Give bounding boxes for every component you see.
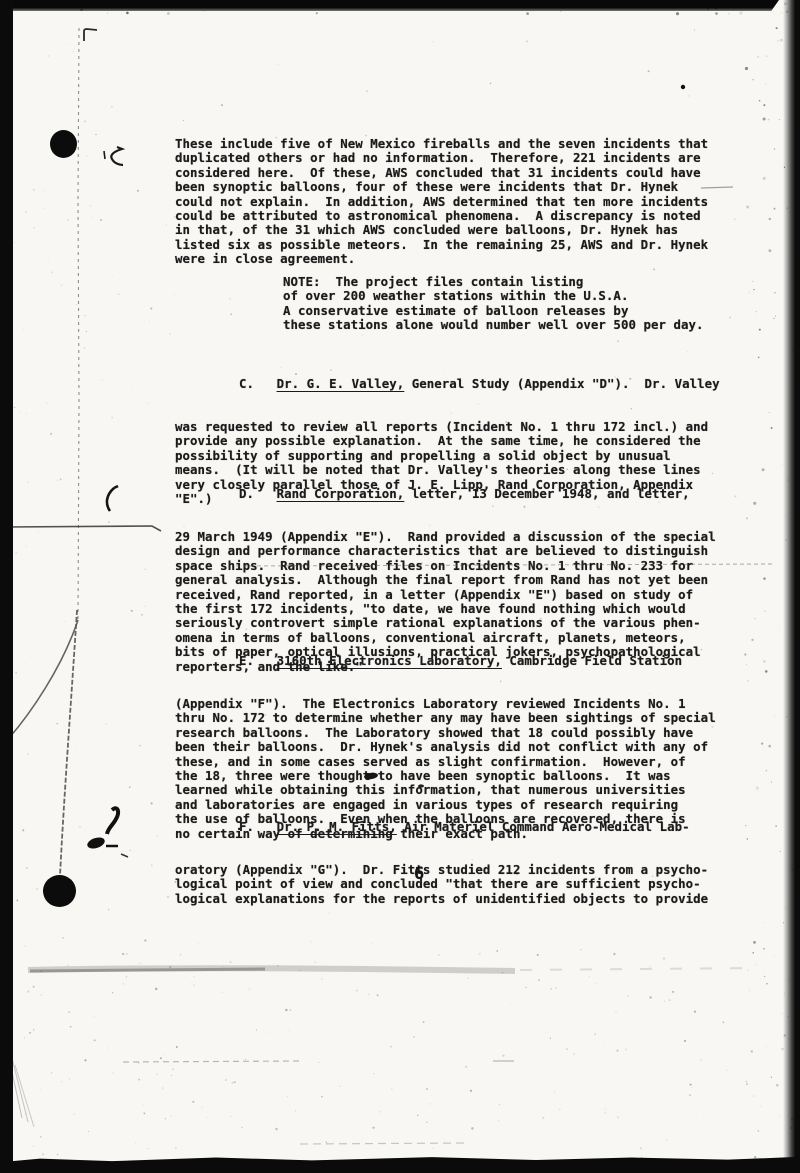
noise-speckle bbox=[145, 606, 146, 607]
noise-speckle bbox=[245, 1059, 246, 1060]
noise-speckle bbox=[231, 1116, 232, 1117]
noise-speckle bbox=[560, 1023, 561, 1024]
noise-speckle bbox=[169, 333, 170, 334]
noise-speckle bbox=[666, 1140, 667, 1141]
note-block: NOTE: The project files contain listing … bbox=[283, 275, 763, 333]
noise-speckle bbox=[372, 1127, 374, 1129]
noise-speckle bbox=[95, 134, 96, 135]
noise-speckle bbox=[321, 979, 322, 980]
noise-speckle bbox=[23, 329, 24, 330]
noise-speckle bbox=[723, 1021, 725, 1023]
noise-speckle bbox=[230, 961, 232, 963]
noise-speckle bbox=[149, 321, 150, 322]
handwritten-paren-mark bbox=[107, 486, 118, 511]
noise-speckle bbox=[86, 156, 87, 157]
noise-speckle bbox=[144, 939, 146, 941]
paragraph-d-first-rest: letter, 13 December 1948, and letter, bbox=[404, 486, 689, 501]
noise-speckle bbox=[753, 502, 756, 505]
noise-speckle bbox=[14, 407, 15, 408]
noise-speckle bbox=[494, 1085, 495, 1086]
noise-speckle bbox=[175, 1147, 176, 1148]
noise-speckle bbox=[24, 945, 26, 947]
noise-speckle bbox=[603, 1085, 604, 1086]
ink-blob-scribble bbox=[86, 835, 106, 850]
noise-speckle bbox=[372, 943, 374, 945]
noise-speckle bbox=[94, 1039, 96, 1041]
noise-speckle bbox=[779, 119, 780, 120]
noise-speckle bbox=[549, 1009, 550, 1010]
noise-speckle bbox=[627, 995, 628, 996]
noise-speckle bbox=[688, 95, 690, 97]
paragraph-e-title: 3160th Electronics Laboratory, bbox=[277, 653, 502, 668]
noise-speckle bbox=[773, 318, 775, 320]
noise-speckle bbox=[775, 825, 776, 826]
noise-speckle bbox=[161, 976, 162, 977]
noise-speckle bbox=[275, 1128, 278, 1131]
noise-speckle bbox=[106, 723, 107, 724]
paragraph-c-first-rest: General Study (Appendix "D"). Dr. Valley bbox=[404, 376, 719, 391]
noise-speckle bbox=[61, 285, 62, 286]
noise-speckle bbox=[151, 865, 153, 867]
scan-edge-top bbox=[0, 0, 779, 11]
noise-speckle bbox=[79, 245, 80, 246]
noise-speckle bbox=[106, 1018, 107, 1019]
noise-speckle bbox=[379, 1110, 381, 1112]
noise-speckle bbox=[225, 1079, 227, 1081]
noise-speckle bbox=[766, 1046, 767, 1047]
hole-punch-bottom bbox=[43, 875, 76, 907]
noise-speckle bbox=[728, 13, 730, 15]
noise-speckle bbox=[779, 851, 780, 852]
noise-speckle bbox=[202, 1107, 203, 1108]
noise-speckle bbox=[111, 417, 112, 418]
smudge-band-core bbox=[30, 969, 265, 971]
noise-speckle bbox=[727, 1070, 728, 1071]
noise-speckle bbox=[690, 1084, 692, 1086]
noise-speckle bbox=[494, 1157, 495, 1158]
paragraph-f-first-line: F. Dr. P. M. Fitts, Air Materiel Command… bbox=[175, 820, 735, 834]
noise-speckle bbox=[746, 664, 747, 665]
paragraph-d-title: Rand Corporation, bbox=[277, 486, 405, 501]
noise-speckle bbox=[753, 941, 756, 944]
noise-speckle bbox=[221, 104, 223, 106]
noise-speckle bbox=[277, 64, 279, 66]
noise-speckle bbox=[185, 976, 186, 977]
noise-speckle bbox=[232, 1082, 234, 1084]
noise-speckle bbox=[27, 990, 29, 992]
paragraph-e-first-rest: Cambridge Field Station bbox=[502, 653, 682, 668]
noise-speckle bbox=[43, 208, 44, 209]
noise-speckle bbox=[502, 1055, 504, 1057]
noise-speckle bbox=[429, 1103, 431, 1105]
noise-speckle bbox=[222, 992, 223, 993]
paragraph-c-first-line: C. Dr. G. E. Valley, General Study (Appe… bbox=[175, 377, 735, 391]
noise-speckle bbox=[774, 292, 776, 294]
noise-speckle bbox=[443, 1120, 444, 1121]
noise-speckle bbox=[746, 517, 748, 519]
paragraph-e-letter: E. bbox=[239, 653, 277, 668]
noise-speckle bbox=[135, 1143, 136, 1144]
noise-speckle bbox=[694, 29, 695, 30]
noise-speckle bbox=[768, 249, 771, 252]
noise-speckle bbox=[290, 1009, 291, 1010]
noise-speckle bbox=[377, 994, 379, 996]
noise-speckle bbox=[16, 899, 18, 901]
noise-speckle bbox=[763, 577, 766, 580]
smudge-band bbox=[28, 968, 515, 971]
noise-speckle bbox=[694, 1010, 696, 1012]
noise-speckle bbox=[40, 970, 42, 972]
noise-speckle bbox=[69, 43, 70, 44]
noise-speckle bbox=[318, 1062, 319, 1063]
ink-dot bbox=[681, 85, 685, 89]
noise-speckle bbox=[22, 829, 24, 831]
noise-speckle bbox=[751, 1050, 753, 1052]
noise-speckle bbox=[277, 965, 278, 966]
noise-speckle bbox=[759, 1105, 761, 1107]
noise-speckle bbox=[230, 313, 232, 315]
noise-speckle bbox=[653, 268, 655, 270]
noise-speckle bbox=[776, 27, 778, 29]
noise-speckle bbox=[684, 1040, 686, 1042]
noise-speckle bbox=[156, 1074, 158, 1076]
noise-speckle bbox=[36, 888, 38, 890]
noise-speckle bbox=[752, 952, 753, 953]
noise-speckle bbox=[171, 1075, 172, 1076]
noise-speckle bbox=[758, 1130, 760, 1132]
noise-speckle bbox=[762, 468, 765, 471]
noise-speckle bbox=[108, 1047, 109, 1048]
noise-speckle bbox=[566, 1048, 567, 1049]
noise-speckle bbox=[373, 1073, 374, 1074]
noise-speckle bbox=[617, 340, 619, 342]
noise-speckle bbox=[617, 1116, 619, 1118]
noise-speckle bbox=[613, 953, 615, 955]
noise-speckle bbox=[25, 212, 26, 213]
noise-speckle bbox=[768, 745, 771, 748]
noise-speckle bbox=[479, 953, 481, 955]
noise-speckle bbox=[417, 1115, 418, 1116]
hole-punch-top bbox=[50, 130, 77, 158]
noise-speckle bbox=[663, 957, 665, 959]
noise-speckle bbox=[423, 1021, 425, 1023]
noise-speckle bbox=[40, 1136, 41, 1137]
noise-speckle bbox=[33, 189, 35, 191]
noise-speckle bbox=[14, 242, 15, 243]
noise-speckle bbox=[761, 742, 763, 744]
noise-speckle bbox=[746, 206, 749, 209]
noise-speckle bbox=[432, 1148, 433, 1149]
noise-speckle bbox=[766, 770, 767, 771]
noise-speckle bbox=[57, 723, 58, 724]
noise-speckle bbox=[40, 1089, 41, 1090]
noise-speckle bbox=[604, 1108, 605, 1109]
paragraph-c-letter: C. bbox=[239, 376, 277, 391]
noise-speckle bbox=[50, 311, 51, 312]
noise-speckle bbox=[68, 1011, 70, 1013]
noise-speckle bbox=[139, 963, 140, 964]
paragraph-f-letter: F. bbox=[239, 819, 277, 834]
noise-speckle bbox=[65, 621, 66, 622]
noise-speckle bbox=[15, 552, 17, 554]
noise-speckle bbox=[79, 826, 81, 828]
noise-speckle bbox=[498, 1120, 499, 1121]
paragraph-c-title: Dr. G. E. Valley, bbox=[277, 376, 405, 391]
noise-speckle bbox=[625, 1049, 627, 1051]
noise-speckle bbox=[692, 1087, 693, 1088]
noise-speckle bbox=[689, 1094, 690, 1095]
noise-speckle bbox=[94, 486, 95, 487]
noise-speckle bbox=[559, 1109, 560, 1110]
noise-speckle bbox=[148, 403, 149, 404]
noise-speckle bbox=[112, 276, 113, 277]
noise-speckle bbox=[758, 357, 760, 359]
noise-speckle bbox=[90, 217, 92, 219]
noise-speckle bbox=[256, 1029, 257, 1030]
noise-speckle bbox=[649, 965, 651, 967]
noise-speckle bbox=[193, 984, 195, 986]
noise-speckle bbox=[51, 1072, 53, 1074]
noise-speckle bbox=[57, 738, 58, 739]
smudge-band-tail bbox=[520, 968, 760, 970]
noise-speckle bbox=[649, 996, 651, 998]
noise-speckle bbox=[266, 1032, 267, 1033]
noise-speckle bbox=[390, 1046, 392, 1048]
noise-speckle bbox=[739, 11, 742, 14]
noise-speckle bbox=[144, 568, 146, 570]
noise-speckle bbox=[118, 293, 120, 295]
noise-speckle bbox=[142, 1105, 143, 1106]
noise-speckle bbox=[555, 987, 557, 989]
paragraph-intro: These include five of New Mexico firebal… bbox=[175, 137, 735, 267]
noise-speckle bbox=[510, 1003, 511, 1004]
noise-speckle bbox=[60, 478, 62, 480]
noise-speckle bbox=[84, 347, 85, 348]
scan-edge-left bbox=[0, 0, 13, 1173]
noise-speckle bbox=[765, 670, 768, 673]
noise-speckle bbox=[763, 177, 766, 180]
faint-line-1 bbox=[123, 1061, 300, 1062]
noise-speckle bbox=[28, 482, 29, 483]
noise-speckle bbox=[769, 218, 771, 220]
noise-speckle bbox=[108, 909, 109, 910]
noise-speckle bbox=[542, 1117, 544, 1119]
noise-speckle bbox=[356, 989, 358, 991]
scan-edge-right bbox=[783, 0, 800, 1162]
noise-speckle bbox=[747, 838, 749, 840]
noise-speckle bbox=[465, 1066, 467, 1068]
noise-speckle bbox=[25, 1113, 27, 1115]
noise-speckle bbox=[84, 315, 85, 316]
noise-speckle bbox=[757, 790, 758, 791]
noise-speckle bbox=[137, 190, 139, 192]
noise-speckle bbox=[538, 979, 540, 981]
noise-speckle bbox=[76, 747, 77, 748]
noise-speckle bbox=[126, 953, 128, 955]
noise-speckle bbox=[77, 534, 78, 535]
noise-speckle bbox=[752, 79, 753, 80]
noise-speckle bbox=[746, 1083, 748, 1085]
noise-speckle bbox=[192, 1101, 194, 1103]
noise-speckle bbox=[156, 835, 158, 837]
noise-speckle bbox=[48, 261, 49, 262]
paragraph-d-letter: D. bbox=[239, 486, 277, 501]
noise-speckle bbox=[105, 1022, 106, 1023]
noise-speckle bbox=[84, 1059, 86, 1061]
noise-speckle bbox=[526, 12, 529, 15]
noise-speckle bbox=[765, 83, 766, 84]
noise-speckle bbox=[769, 412, 770, 413]
noise-speckle bbox=[126, 976, 128, 978]
noise-speckle bbox=[102, 380, 103, 381]
noise-speckle bbox=[26, 546, 27, 547]
noise-speckle bbox=[466, 1088, 467, 1089]
noise-speckle bbox=[74, 1114, 75, 1115]
noise-speckle bbox=[81, 475, 82, 476]
noise-speckle bbox=[315, 962, 316, 963]
noise-speckle bbox=[550, 1038, 551, 1039]
noise-speckle bbox=[94, 1016, 95, 1017]
noise-speckle bbox=[340, 1086, 342, 1088]
noise-speckle bbox=[229, 298, 231, 300]
noise-speckle bbox=[50, 433, 52, 435]
noise-speckle bbox=[777, 40, 779, 42]
noise-speckle bbox=[771, 1077, 772, 1078]
noise-speckle bbox=[172, 1068, 174, 1070]
noise-speckle bbox=[20, 412, 21, 413]
noise-speckle bbox=[33, 986, 35, 988]
noise-speckle bbox=[180, 954, 182, 956]
noise-speckle bbox=[86, 331, 87, 332]
crease-to-punch bbox=[60, 610, 77, 876]
noise-speckle bbox=[696, 1117, 697, 1118]
noise-speckle bbox=[18, 877, 19, 878]
noise-speckle bbox=[61, 1081, 62, 1082]
handwritten-check-mark bbox=[111, 147, 123, 165]
noise-speckle bbox=[38, 532, 39, 533]
paragraph-f-first-rest: Air Materiel Command Aero-Medical Lab- bbox=[397, 819, 690, 834]
noise-speckle bbox=[764, 976, 765, 977]
noise-speckle bbox=[426, 1088, 428, 1090]
noise-speckle bbox=[774, 716, 775, 717]
scan-edge-bottom bbox=[0, 1155, 800, 1173]
noise-speckle bbox=[766, 983, 768, 985]
paragraph-d-first-line: D. Rand Corporation, letter, 13 December… bbox=[175, 487, 735, 501]
noise-speckle bbox=[759, 100, 761, 102]
noise-speckle bbox=[310, 941, 312, 943]
noise-speckle bbox=[755, 618, 756, 619]
noise-speckle bbox=[766, 55, 768, 57]
noise-speckle bbox=[41, 995, 42, 996]
noise-speckle bbox=[160, 1057, 162, 1059]
noise-speckle bbox=[193, 976, 194, 977]
noise-speckle bbox=[44, 190, 46, 192]
noise-speckle bbox=[715, 12, 718, 15]
noise-speckle bbox=[33, 1145, 34, 1146]
noise-speckle bbox=[249, 988, 251, 990]
paragraph-f: F. Dr. P. M. Fitts, Air Materiel Command… bbox=[175, 791, 735, 935]
noise-speckle bbox=[112, 992, 114, 994]
noise-speckle bbox=[148, 1148, 149, 1149]
noise-speckle bbox=[68, 965, 69, 966]
noise-speckle bbox=[107, 13, 108, 14]
noise-speckle bbox=[756, 786, 759, 789]
noise-speckle bbox=[169, 966, 171, 968]
noise-speckle bbox=[757, 56, 759, 58]
noise-speckle bbox=[100, 219, 102, 221]
noise-speckle bbox=[763, 104, 765, 106]
noise-speckle bbox=[749, 990, 750, 991]
noise-speckle bbox=[391, 1088, 392, 1089]
noise-speckle bbox=[595, 983, 596, 984]
noise-speckle bbox=[676, 12, 679, 15]
noise-speckle bbox=[763, 118, 766, 121]
noise-speckle bbox=[111, 106, 113, 108]
noise-speckle bbox=[529, 982, 530, 983]
noise-speckle bbox=[763, 948, 765, 950]
noise-speckle bbox=[779, 626, 780, 627]
noise-speckle bbox=[112, 1072, 114, 1074]
noise-speckle bbox=[537, 954, 539, 956]
noise-speckle bbox=[501, 972, 503, 974]
noise-speckle bbox=[183, 120, 184, 121]
noise-speckle bbox=[490, 83, 492, 85]
noise-speckle bbox=[764, 610, 766, 612]
noise-speckle bbox=[366, 90, 368, 92]
noise-speckle bbox=[672, 991, 674, 993]
noise-speckle bbox=[129, 786, 131, 788]
noise-speckle bbox=[763, 660, 766, 663]
scanned-document-page: These include five of New Mexico firebal… bbox=[0, 0, 800, 1173]
noise-speckle bbox=[467, 977, 469, 979]
noise-speckle bbox=[164, 1054, 165, 1055]
noise-speckle bbox=[520, 983, 521, 984]
noise-speckle bbox=[157, 819, 158, 820]
noise-speckle bbox=[26, 413, 27, 414]
noise-speckle bbox=[35, 694, 36, 695]
noise-speckle bbox=[470, 1090, 472, 1092]
noise-speckle bbox=[554, 1091, 555, 1092]
noise-speckle bbox=[325, 1141, 327, 1143]
noise-speckle bbox=[57, 480, 58, 481]
faint-line-3 bbox=[300, 1143, 467, 1144]
noise-speckle bbox=[141, 614, 143, 616]
noise-speckle bbox=[26, 867, 28, 869]
noise-speckle bbox=[17, 900, 18, 901]
paragraph-e-first-line: E. 3160th Electronics Laboratory, Cambri… bbox=[175, 654, 735, 668]
page-number: 6 bbox=[414, 864, 424, 884]
noise-speckle bbox=[471, 1127, 474, 1130]
noise-speckle bbox=[132, 391, 133, 392]
noise-speckle bbox=[241, 1127, 243, 1129]
crease-horizontal bbox=[4, 526, 161, 531]
noise-speckle bbox=[222, 966, 223, 967]
noise-speckle bbox=[275, 964, 276, 965]
paragraph-f-title: Dr. P. M. Fitts, bbox=[277, 819, 397, 834]
noise-speckle bbox=[24, 1037, 25, 1038]
crease-vertical bbox=[78, 28, 79, 620]
noise-speckle bbox=[751, 639, 753, 641]
noise-speckle bbox=[321, 1096, 323, 1098]
noise-speckle bbox=[604, 1045, 605, 1046]
noise-speckle bbox=[165, 723, 166, 724]
noise-speckle bbox=[70, 1026, 72, 1028]
noise-speckle bbox=[33, 1029, 35, 1031]
noise-speckle bbox=[763, 922, 764, 923]
noise-speckle bbox=[754, 1156, 756, 1158]
noise-speckle bbox=[667, 344, 668, 345]
noise-speckle bbox=[150, 802, 152, 804]
